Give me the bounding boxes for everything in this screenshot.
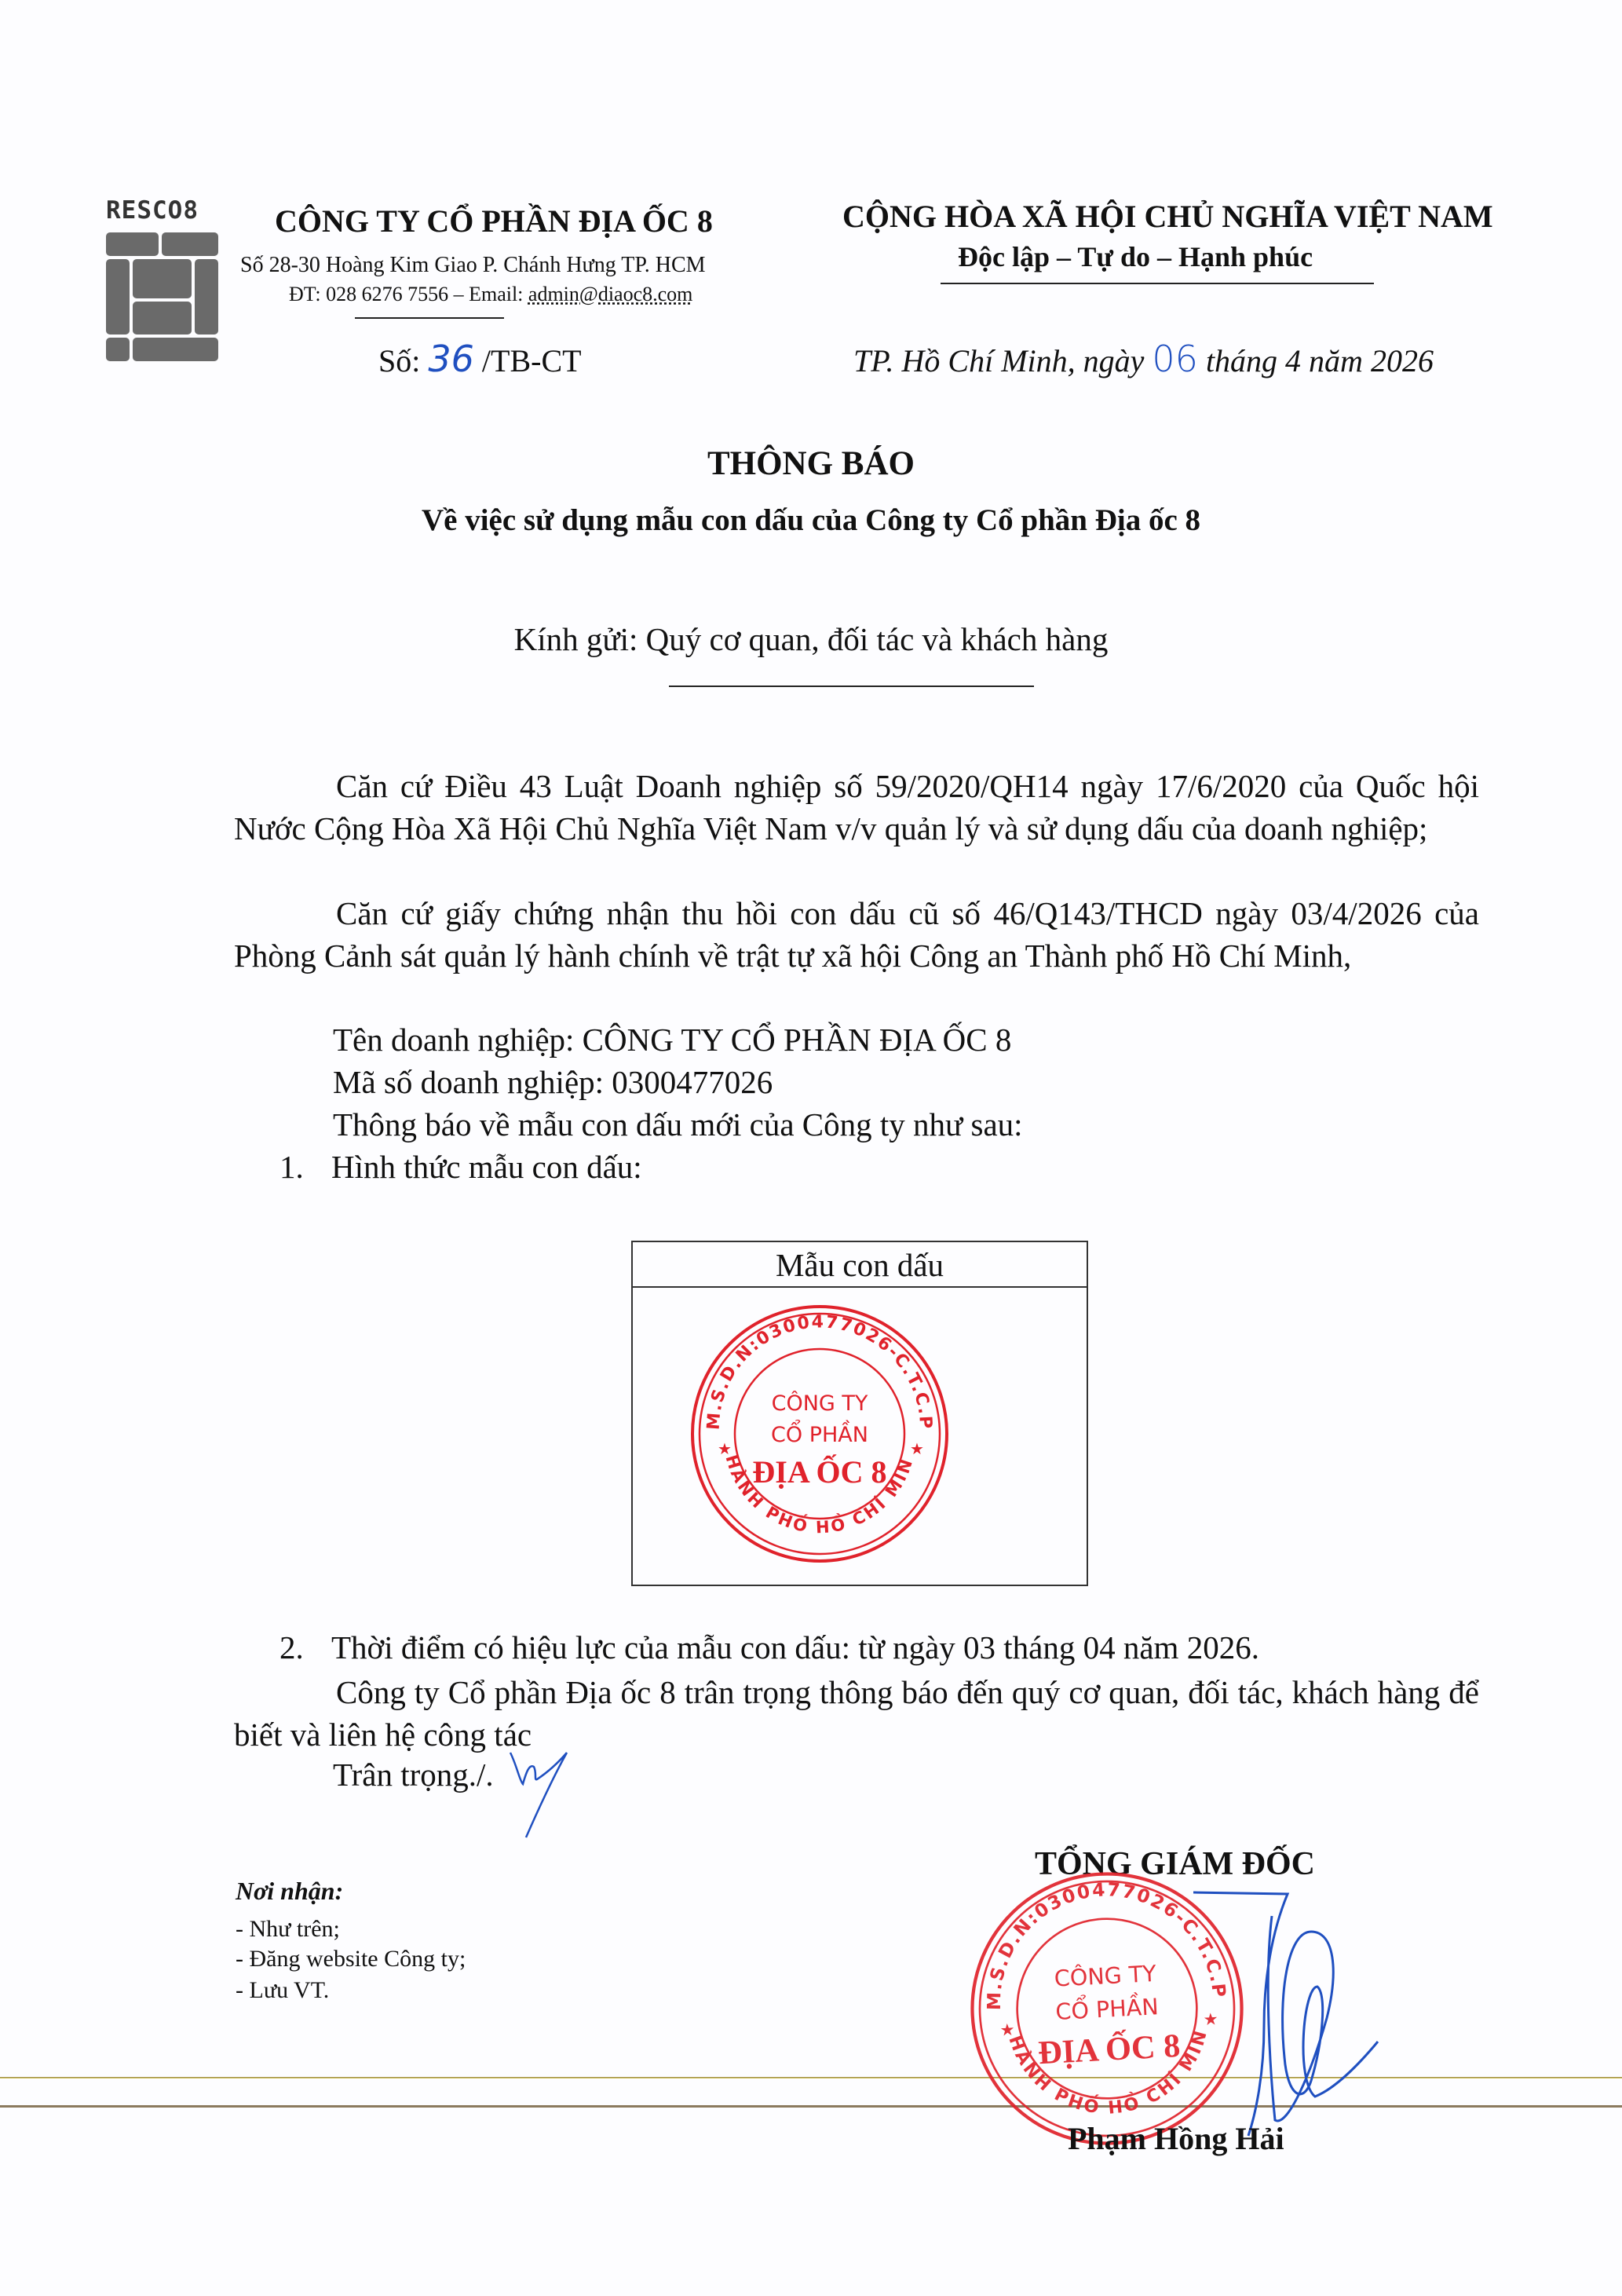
contact-email[interactable]: admin@diaoc8.com xyxy=(528,283,693,305)
company-logo: RESCO8 xyxy=(106,198,228,342)
paragraph-text: Công ty Cổ phần Địa ốc 8 trân trọng thôn… xyxy=(234,1671,1479,1756)
svg-text:★: ★ xyxy=(910,1439,924,1458)
notice-line: Thông báo về mẫu con dấu mới của Công ty… xyxy=(333,1106,1023,1143)
contact-phone: ĐT: 028 6276 7556 – Email: xyxy=(289,283,528,305)
list-number: 2. xyxy=(279,1629,331,1666)
body-paragraph-legal-basis-2: Căn cứ giấy chứng nhận thu hồi con dấu c… xyxy=(234,892,1479,977)
logo-mark-icon xyxy=(106,232,228,342)
svg-text:CÔNG TY: CÔNG TY xyxy=(1054,1960,1157,1992)
director-signature-icon xyxy=(1178,1885,1382,2144)
svg-text:CỔ PHẦN: CỔ PHẦN xyxy=(771,1420,868,1447)
list-number: 1. xyxy=(279,1148,331,1186)
paragraph-text: Căn cứ Điều 43 Luật Doanh nghiệp số 59/2… xyxy=(234,765,1479,850)
svg-text:★: ★ xyxy=(718,1439,732,1458)
seal-sample-table: Mẫu con dấu M.S.D.N:0300477026-C.T.C.P T… xyxy=(631,1241,1088,1586)
date-day-handwritten: 06 xyxy=(1152,338,1198,380)
header-left-divider xyxy=(355,317,504,319)
signatory-name: Phạm Hồng Hải xyxy=(1068,2120,1284,2157)
initial-signature-icon xyxy=(502,1749,644,1844)
recipient-item: - Đăng website Công ty; xyxy=(236,1946,466,1972)
seal-table-header: Mẫu con dấu xyxy=(633,1242,1087,1288)
header-right-divider xyxy=(941,283,1374,284)
logo-text: RESCO8 xyxy=(106,198,228,223)
document-title: THÔNG BÁO xyxy=(0,444,1622,483)
document-date: TP. Hồ Chí Minh, ngày 06 tháng 4 năm 202… xyxy=(853,338,1434,380)
national-motto: Độc lập – Tự do – Hạnh phúc xyxy=(958,240,1313,273)
company-address: Số 28-30 Hoàng Kim Giao P. Chánh Hưng TP… xyxy=(240,253,706,278)
date-suffix: tháng 4 năm 2026 xyxy=(1206,343,1434,378)
svg-text:★: ★ xyxy=(999,2020,1015,2040)
number-label: Số: xyxy=(378,343,420,378)
enterprise-code: Mã số doanh nghiệp: 0300477026 xyxy=(333,1063,773,1101)
nation-heading: CỘNG HÒA XÃ HỘI CHỦ NGHĨA VIỆT NAM xyxy=(842,198,1493,235)
recipient-divider xyxy=(669,686,1034,687)
recipient-item: - Lưu VT. xyxy=(236,1977,329,2004)
enterprise-name: Tên doanh nghiệp: CÔNG TY CỔ PHẦN ĐỊA ỐC… xyxy=(333,1021,1011,1058)
recipients-title: Nơi nhận: xyxy=(236,1877,343,1906)
recipient-line: Kính gửi: Quý cơ quan, đối tác và khách … xyxy=(0,620,1622,658)
svg-text:CÔNG TY: CÔNG TY xyxy=(772,1391,868,1416)
closing-phrase: Trân trọng./. xyxy=(333,1756,494,1793)
list-text: Thời điểm có hiệu lực của mẫu con dấu: t… xyxy=(331,1629,1259,1665)
document-number: Số: 36 /TB-CT xyxy=(378,338,582,380)
date-prefix: TP. Hồ Chí Minh, ngày xyxy=(853,343,1144,378)
svg-text:CỔ PHẦN: CỔ PHẦN xyxy=(1054,1991,1159,2025)
body-paragraph-closing: Công ty Cổ phần Địa ốc 8 trân trọng thôn… xyxy=(234,1671,1479,1756)
svg-text:ĐỊA ỐC 8: ĐỊA ỐC 8 xyxy=(752,1453,886,1490)
number-suffix: /TB-CT xyxy=(482,343,582,378)
paragraph-text: Căn cứ giấy chứng nhận thu hồi con dấu c… xyxy=(234,892,1479,977)
list-text: Hình thức mẫu con dấu: xyxy=(331,1149,642,1185)
svg-text:ĐỊA ỐC 8: ĐỊA ỐC 8 xyxy=(1037,2027,1181,2071)
list-item-2: 2.Thời điểm có hiệu lực của mẫu con dấu:… xyxy=(279,1629,1259,1666)
company-seal-icon: M.S.D.N:0300477026-C.T.C.P THÀNH PHỐ HỒ … xyxy=(686,1300,953,1567)
body-paragraph-legal-basis-1: Căn cứ Điều 43 Luật Doanh nghiệp số 59/2… xyxy=(234,765,1479,850)
company-name: CÔNG TY CỔ PHẦN ĐỊA ỐC 8 xyxy=(275,203,713,239)
number-value-handwritten: 36 xyxy=(428,338,474,380)
list-item-1: 1.Hình thức mẫu con dấu: xyxy=(279,1148,642,1186)
recipient-item: - Như trên; xyxy=(236,1916,340,1943)
company-contact: ĐT: 028 6276 7556 – Email: admin@diaoc8.… xyxy=(289,283,692,306)
document-subtitle: Về việc sử dụng mẫu con dấu của Công ty … xyxy=(0,503,1622,538)
